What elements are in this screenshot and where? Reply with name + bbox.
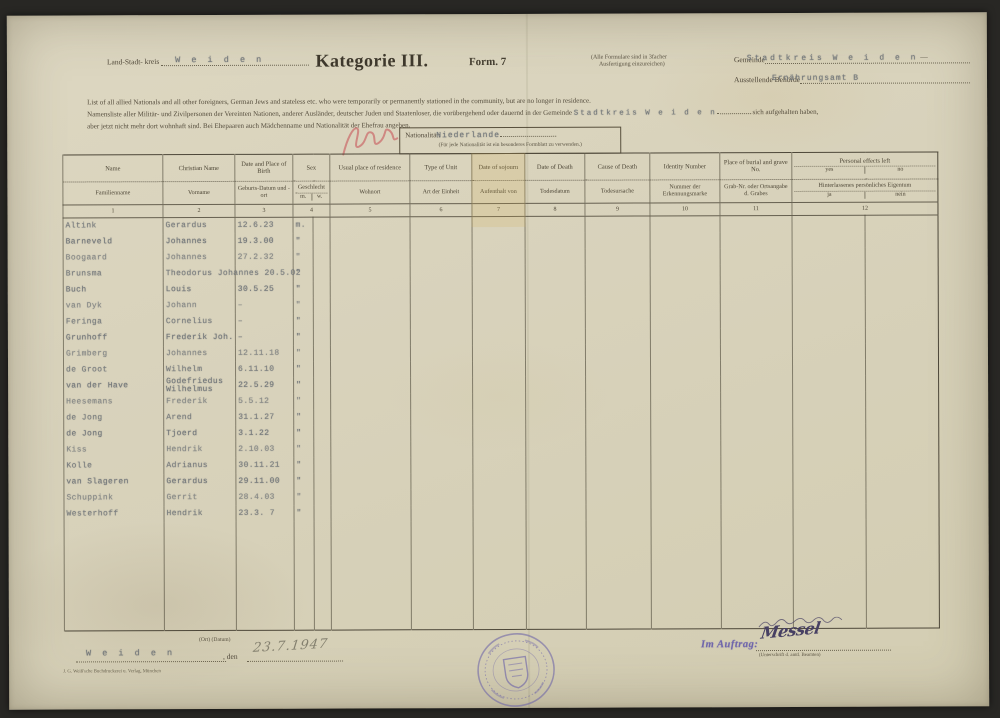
cell-empty xyxy=(410,361,472,377)
cell-empty xyxy=(650,296,720,312)
cell-vorname: Frederik Joh. xyxy=(163,329,235,345)
col-header-11: Grab-Nr. oder Ortsangabe d. Grabes xyxy=(720,179,792,202)
cell-empty xyxy=(586,424,651,440)
cell-empty xyxy=(472,296,525,312)
cell-empty xyxy=(651,408,721,424)
cell-geburtsdatum: 29.11.00 xyxy=(236,473,294,489)
col-number-8: 8 xyxy=(525,203,585,216)
cell-geburtsdatum: 3.1.22 xyxy=(236,425,294,441)
col-number-5: 5 xyxy=(330,204,410,217)
cell-familienname: Barneveld xyxy=(63,234,163,250)
cell-empty xyxy=(792,295,865,311)
cell-sex: m. xyxy=(293,217,313,233)
cell-empty xyxy=(473,520,526,629)
cell-empty xyxy=(411,441,473,457)
cell-empty xyxy=(586,440,651,456)
cell-empty xyxy=(866,471,939,487)
col-header-7: Aufenthalt von xyxy=(472,180,525,203)
cell-geburtsdatum: 5.5.12 xyxy=(236,393,294,409)
copies-note: (Alle Formulare sind in 3facher Ausferti… xyxy=(591,54,731,68)
cell-vorname: Frederik xyxy=(164,393,236,409)
cell-empty xyxy=(314,473,331,489)
cell-empty xyxy=(411,377,473,393)
cell-empty xyxy=(410,329,472,345)
nationality-typed-value: Niederlande xyxy=(436,131,500,140)
col-header-10: Nummer der Erkennungsmarke xyxy=(650,180,720,203)
cell-empty xyxy=(411,425,473,441)
cell-empty xyxy=(720,231,792,247)
cell-empty xyxy=(313,281,330,297)
handwritten-date: 23.7.1947 xyxy=(252,637,329,656)
cell-empty xyxy=(793,423,866,439)
cell-empty xyxy=(793,519,866,628)
col-header-7: Date of sojourn xyxy=(472,153,525,180)
cell-empty xyxy=(793,455,866,471)
cell-empty xyxy=(525,360,585,376)
cell-sex: " xyxy=(293,329,313,345)
cell-familienname: Feringa xyxy=(63,314,163,330)
cell-empty xyxy=(721,407,793,423)
cell-empty xyxy=(651,520,721,629)
cell-empty xyxy=(526,520,586,629)
cell-vorname: Louis xyxy=(163,281,235,297)
cell-empty xyxy=(526,408,586,424)
cell-geburtsdatum: – xyxy=(235,329,293,345)
cell-empty xyxy=(586,488,651,504)
cell-empty xyxy=(314,505,331,521)
cell-empty xyxy=(720,359,792,375)
cell-empty xyxy=(330,361,410,377)
nationality-box: Nationalität:Niederlande (Für jede Natio… xyxy=(399,127,621,155)
cell-vorname: Hendrik xyxy=(164,441,236,457)
cell-geburtsdatum: 30.5.25 xyxy=(235,281,293,297)
cell-empty xyxy=(411,521,473,630)
cell-empty xyxy=(525,328,585,344)
cell-empty xyxy=(330,233,410,249)
cell-sex: " xyxy=(294,489,314,505)
cell-empty xyxy=(314,377,331,393)
col-header-2: Christian Name xyxy=(163,154,235,181)
cell-empty xyxy=(585,344,650,360)
cell-empty xyxy=(313,233,330,249)
cell-familienname: Grimberg xyxy=(63,346,163,362)
cell-sex: " xyxy=(293,233,313,249)
col-number-10: 10 xyxy=(650,203,720,216)
cell-empty xyxy=(472,248,525,264)
cell-empty xyxy=(472,216,525,232)
cell-empty xyxy=(721,439,793,455)
cell-vorname: Gerrit xyxy=(164,489,236,505)
cell-empty xyxy=(410,313,472,329)
kreis-label: kreis xyxy=(145,57,160,66)
cell-vorname: Johannes xyxy=(163,345,235,361)
cell-empty xyxy=(472,360,525,376)
cell-empty xyxy=(525,344,585,360)
cell-empty xyxy=(792,311,865,327)
cell-geburtsdatum: 23.3. 7 xyxy=(236,505,294,521)
cell-familienname: Kiss xyxy=(64,442,164,458)
cell-sex: " xyxy=(293,249,313,265)
stadt-label: Stadt- xyxy=(125,57,143,66)
cell-empty xyxy=(330,345,410,361)
cell-familienname: Schuppink xyxy=(64,490,164,506)
cell-empty xyxy=(793,471,866,487)
den-label: , den xyxy=(223,652,238,661)
cell-empty xyxy=(473,424,526,440)
col-header-6: Type of Unit xyxy=(410,154,472,181)
cell-vorname: Johannes xyxy=(163,233,235,249)
cell-empty xyxy=(721,455,793,471)
col-header-3: Date and Place of Birth xyxy=(235,154,293,181)
cell-empty xyxy=(472,344,525,360)
col-number-1: 1 xyxy=(63,205,163,218)
cell-empty xyxy=(472,280,525,296)
cell-empty xyxy=(313,361,330,377)
cell-empty xyxy=(314,425,331,441)
cell-empty xyxy=(792,231,865,247)
cell-empty xyxy=(314,489,331,505)
cell-empty xyxy=(525,312,585,328)
cell-empty xyxy=(720,311,792,327)
cell-empty xyxy=(866,439,939,455)
cell-empty xyxy=(721,423,793,439)
cell-familienname: Westerhoff xyxy=(64,506,164,522)
cell-empty xyxy=(792,359,865,375)
cell-vorname: Johann xyxy=(163,297,235,313)
cell-empty xyxy=(792,327,865,343)
cell-empty xyxy=(313,345,330,361)
cell-empty xyxy=(525,264,585,280)
cell-empty xyxy=(586,456,651,472)
cell-empty xyxy=(331,425,411,441)
cell-empty xyxy=(525,232,585,248)
cell-empty xyxy=(314,457,331,473)
cell-empty xyxy=(473,472,526,488)
cell-empty xyxy=(473,488,526,504)
cell-empty xyxy=(792,247,865,263)
cell-empty xyxy=(865,327,938,343)
cell-familienname: Altink xyxy=(63,218,163,234)
form-number: Form. 7 xyxy=(469,56,506,68)
cell-empty xyxy=(313,329,330,345)
cell-empty xyxy=(651,376,721,392)
gemeinde-field: GemeindeStadtkreis W e i d e n — xyxy=(734,52,970,64)
cell-empty xyxy=(651,392,721,408)
cell-sex: " xyxy=(294,409,314,425)
cell-empty xyxy=(866,391,939,407)
cell-empty xyxy=(313,217,330,233)
cell-vorname: Gerardus xyxy=(163,217,235,233)
cell-empty xyxy=(313,313,330,329)
cell-empty xyxy=(650,344,720,360)
cell-empty xyxy=(866,423,939,439)
cell-empty xyxy=(526,456,586,472)
cell-geburtsdatum: 28.4.03 xyxy=(236,489,294,505)
cell-familienname: van Slageren xyxy=(64,474,164,490)
cell-empty xyxy=(410,265,472,281)
cell-sex: " xyxy=(294,393,314,409)
cell-empty xyxy=(525,248,585,264)
cell-vorname: Adrianus xyxy=(164,457,236,473)
cell-sex: " xyxy=(293,345,313,361)
cell-empty xyxy=(866,503,939,519)
cell-empty xyxy=(585,248,650,264)
intro-typed-value: Stadtkreis W e i d e n xyxy=(574,109,717,117)
cell-empty xyxy=(721,375,793,391)
col-number-3: 3 xyxy=(235,204,293,217)
cell-empty xyxy=(330,281,410,297)
cell-empty xyxy=(650,248,720,264)
cell-empty xyxy=(585,328,650,344)
cell-empty xyxy=(585,216,650,232)
gemeinde-typed-value: Stadtkreis W e i d e n xyxy=(747,54,919,64)
cell-empty xyxy=(793,391,866,407)
col-header-5: Wohnort xyxy=(330,181,410,204)
col-header-2: Vorname xyxy=(163,181,235,204)
col-number-9: 9 xyxy=(585,203,650,216)
cell-geburtsdatum: – xyxy=(235,313,293,329)
behoerde-field: Ausstellende BehördeErnährungsamt B xyxy=(734,72,970,84)
cell-empty xyxy=(331,521,411,630)
cell-geburtsdatum: 31.1.27 xyxy=(236,409,294,425)
cell-empty xyxy=(473,376,526,392)
cell-geburtsdatum: 12.11.18 xyxy=(235,345,293,361)
cell-empty xyxy=(410,217,472,233)
col-number-12: 12 xyxy=(792,202,938,216)
cell-empty xyxy=(650,280,720,296)
cell-empty xyxy=(330,265,410,281)
cell-empty xyxy=(793,407,866,423)
cell-empty xyxy=(411,473,473,489)
ort-typed-value: W e i d e n xyxy=(86,648,175,658)
cell-empty xyxy=(585,264,650,280)
cell-sex: " xyxy=(293,297,313,313)
cell-empty xyxy=(526,440,586,456)
col-header-8: Date of Death xyxy=(525,153,585,180)
col-number-4: 4 xyxy=(293,204,330,217)
cell-empty xyxy=(865,343,938,359)
cell-empty xyxy=(331,409,411,425)
cell-empty xyxy=(792,263,865,279)
cell-empty xyxy=(330,329,410,345)
cell-empty xyxy=(866,407,939,423)
cell-empty xyxy=(331,489,411,505)
date-underline: 23.7.1947 xyxy=(247,645,343,662)
cell-sex: " xyxy=(294,505,314,521)
cell-empty xyxy=(472,232,525,248)
form-paper-sheet: Land-Stadt- kreis W e i d e n Kategorie … xyxy=(7,12,989,709)
cell-empty xyxy=(472,264,525,280)
cell-empty xyxy=(585,312,650,328)
cell-empty xyxy=(721,471,793,487)
cell-geburtsdatum: 6.11.10 xyxy=(235,361,293,377)
cell-empty xyxy=(586,376,651,392)
cell-empty xyxy=(331,377,411,393)
cell-empty xyxy=(331,441,411,457)
cell-empty xyxy=(720,343,792,359)
ort-datum-label: (Ort) (Datum) xyxy=(199,637,231,643)
persons-table: NameChristian NameDate and Place of Birt… xyxy=(62,151,940,631)
cell-empty xyxy=(330,297,410,313)
cell-empty xyxy=(720,327,792,343)
kreis-typed-value: W e i d e n xyxy=(175,55,264,65)
cell-familienname: van Dyk xyxy=(63,298,163,314)
cell-vorname: Godefriedus Wilhelmus xyxy=(164,377,236,393)
cell-empty xyxy=(720,263,792,279)
cell-empty xyxy=(314,393,331,409)
col-number-7: 7 xyxy=(472,203,525,216)
cell-empty xyxy=(331,393,411,409)
cell-empty xyxy=(866,455,939,471)
cell-empty xyxy=(651,424,721,440)
cell-empty xyxy=(294,521,314,630)
cell-empty xyxy=(331,473,411,489)
cell-empty xyxy=(793,375,866,391)
cell-empty xyxy=(792,215,865,231)
cell-empty xyxy=(651,456,721,472)
col-number-11: 11 xyxy=(720,202,792,215)
cell-familienname: de Groot xyxy=(64,362,164,378)
cell-empty xyxy=(411,489,473,505)
cell-empty xyxy=(651,440,721,456)
cell-empty xyxy=(526,376,586,392)
cell-empty xyxy=(313,265,330,281)
cell-empty xyxy=(720,279,792,295)
cell-empty xyxy=(331,457,411,473)
cell-empty xyxy=(865,359,938,375)
cell-geburtsdatum: 30.11.21 xyxy=(236,457,294,473)
cell-empty xyxy=(585,280,650,296)
col-header-12: Personal effects leftyesno xyxy=(792,152,938,180)
cell-empty xyxy=(314,409,331,425)
cell-empty xyxy=(651,504,721,520)
cell-empty xyxy=(526,488,586,504)
cell-empty xyxy=(865,247,938,263)
cell-empty xyxy=(720,295,792,311)
cell-geburtsdatum: 19.3.00 xyxy=(235,233,293,249)
cell-empty xyxy=(792,343,865,359)
cell-sex: " xyxy=(294,377,314,393)
col-header-6: Art der Einheit xyxy=(410,181,472,204)
cell-empty xyxy=(866,519,939,628)
cell-familienname: Heesemans xyxy=(64,394,164,410)
cell-empty xyxy=(331,505,411,521)
cell-empty xyxy=(473,456,526,472)
cell-empty xyxy=(526,392,586,408)
cell-empty xyxy=(650,216,720,232)
cell-empty xyxy=(525,280,585,296)
official-round-stamp xyxy=(461,622,571,718)
col-header-8: Todesdatum xyxy=(525,180,585,203)
cell-empty xyxy=(865,231,938,247)
cell-empty xyxy=(330,217,410,233)
cell-empty xyxy=(410,345,472,361)
cell-empty xyxy=(586,520,651,629)
cell-familienname: Boogaard xyxy=(63,250,163,266)
signature-underline xyxy=(756,636,891,651)
cell-empty xyxy=(410,233,472,249)
cell-vorname: Johannes xyxy=(163,249,235,265)
land-label: Land- xyxy=(107,57,125,66)
cell-sex: " xyxy=(293,281,313,297)
cell-empty xyxy=(865,311,938,327)
cell-familienname: van der Have xyxy=(64,378,164,394)
col-header-1: Name xyxy=(63,155,163,182)
cell-empty xyxy=(793,503,866,519)
cell-empty xyxy=(650,328,720,344)
col-header-10: Identity Number xyxy=(650,153,720,180)
cell-empty xyxy=(650,232,720,248)
cell-empty xyxy=(865,295,938,311)
cell-vorname: Theodorus Johannes 20.5.02 xyxy=(163,265,235,281)
cell-empty xyxy=(585,232,650,248)
cell-empty xyxy=(472,328,525,344)
cell-empty xyxy=(866,487,939,503)
cell-empty xyxy=(651,488,721,504)
cell-empty xyxy=(236,521,294,630)
cell-sex: " xyxy=(293,265,313,281)
cell-empty xyxy=(410,281,472,297)
cell-empty xyxy=(411,505,473,521)
cell-empty xyxy=(411,457,473,473)
cell-familienname: Buch xyxy=(63,282,163,298)
cell-empty xyxy=(721,391,793,407)
cell-geburtsdatum: 27.2.32 xyxy=(235,249,293,265)
col-header-1: Familienname xyxy=(63,182,163,205)
cell-empty xyxy=(64,522,164,631)
cell-empty xyxy=(314,521,331,630)
col-header-9: Todesursache xyxy=(585,180,650,203)
cell-geburtsdatum: – xyxy=(235,297,293,313)
ort-underline: W e i d e n xyxy=(76,645,226,663)
col-header-11: Place of burial and grave No. xyxy=(720,152,792,179)
cell-geburtsdatum: 2.10.03 xyxy=(236,441,294,457)
cell-empty xyxy=(650,264,720,280)
cell-empty xyxy=(164,521,236,630)
cell-vorname: Wilhelm xyxy=(164,361,236,377)
cell-empty xyxy=(585,296,650,312)
cell-familienname: Kolle xyxy=(64,458,164,474)
page-title: Kategorie III. xyxy=(267,50,477,72)
cell-empty xyxy=(586,392,651,408)
im-auftrag-stamp: Im Auftrag: xyxy=(701,639,758,650)
cell-empty xyxy=(586,472,651,488)
scanned-document-page: { "page": { "title": "Kategorie III.", "… xyxy=(0,0,1000,718)
cell-sex: " xyxy=(294,473,314,489)
cell-empty xyxy=(865,215,938,231)
cell-empty xyxy=(585,360,650,376)
cell-empty xyxy=(410,297,472,313)
cell-familienname: de Jong xyxy=(64,426,164,442)
cell-empty xyxy=(720,247,792,263)
cell-sex: " xyxy=(294,441,314,457)
col-header-3: Geburts-Datum und -ort xyxy=(235,181,293,204)
cell-empty xyxy=(411,393,473,409)
cell-empty xyxy=(314,441,331,457)
cell-empty xyxy=(525,296,585,312)
cell-empty xyxy=(865,263,938,279)
cell-vorname: Arend xyxy=(164,409,236,425)
nationality-label: Nationalität: xyxy=(405,131,440,139)
cell-geburtsdatum: 12.6.23 xyxy=(235,217,293,233)
cell-empty xyxy=(410,249,472,265)
cell-empty xyxy=(472,312,525,328)
cell-empty xyxy=(586,408,651,424)
cell-empty xyxy=(313,249,330,265)
cell-sex: " xyxy=(293,361,313,377)
cell-geburtsdatum: 22.5.29 xyxy=(236,377,294,393)
cell-empty xyxy=(313,297,330,313)
